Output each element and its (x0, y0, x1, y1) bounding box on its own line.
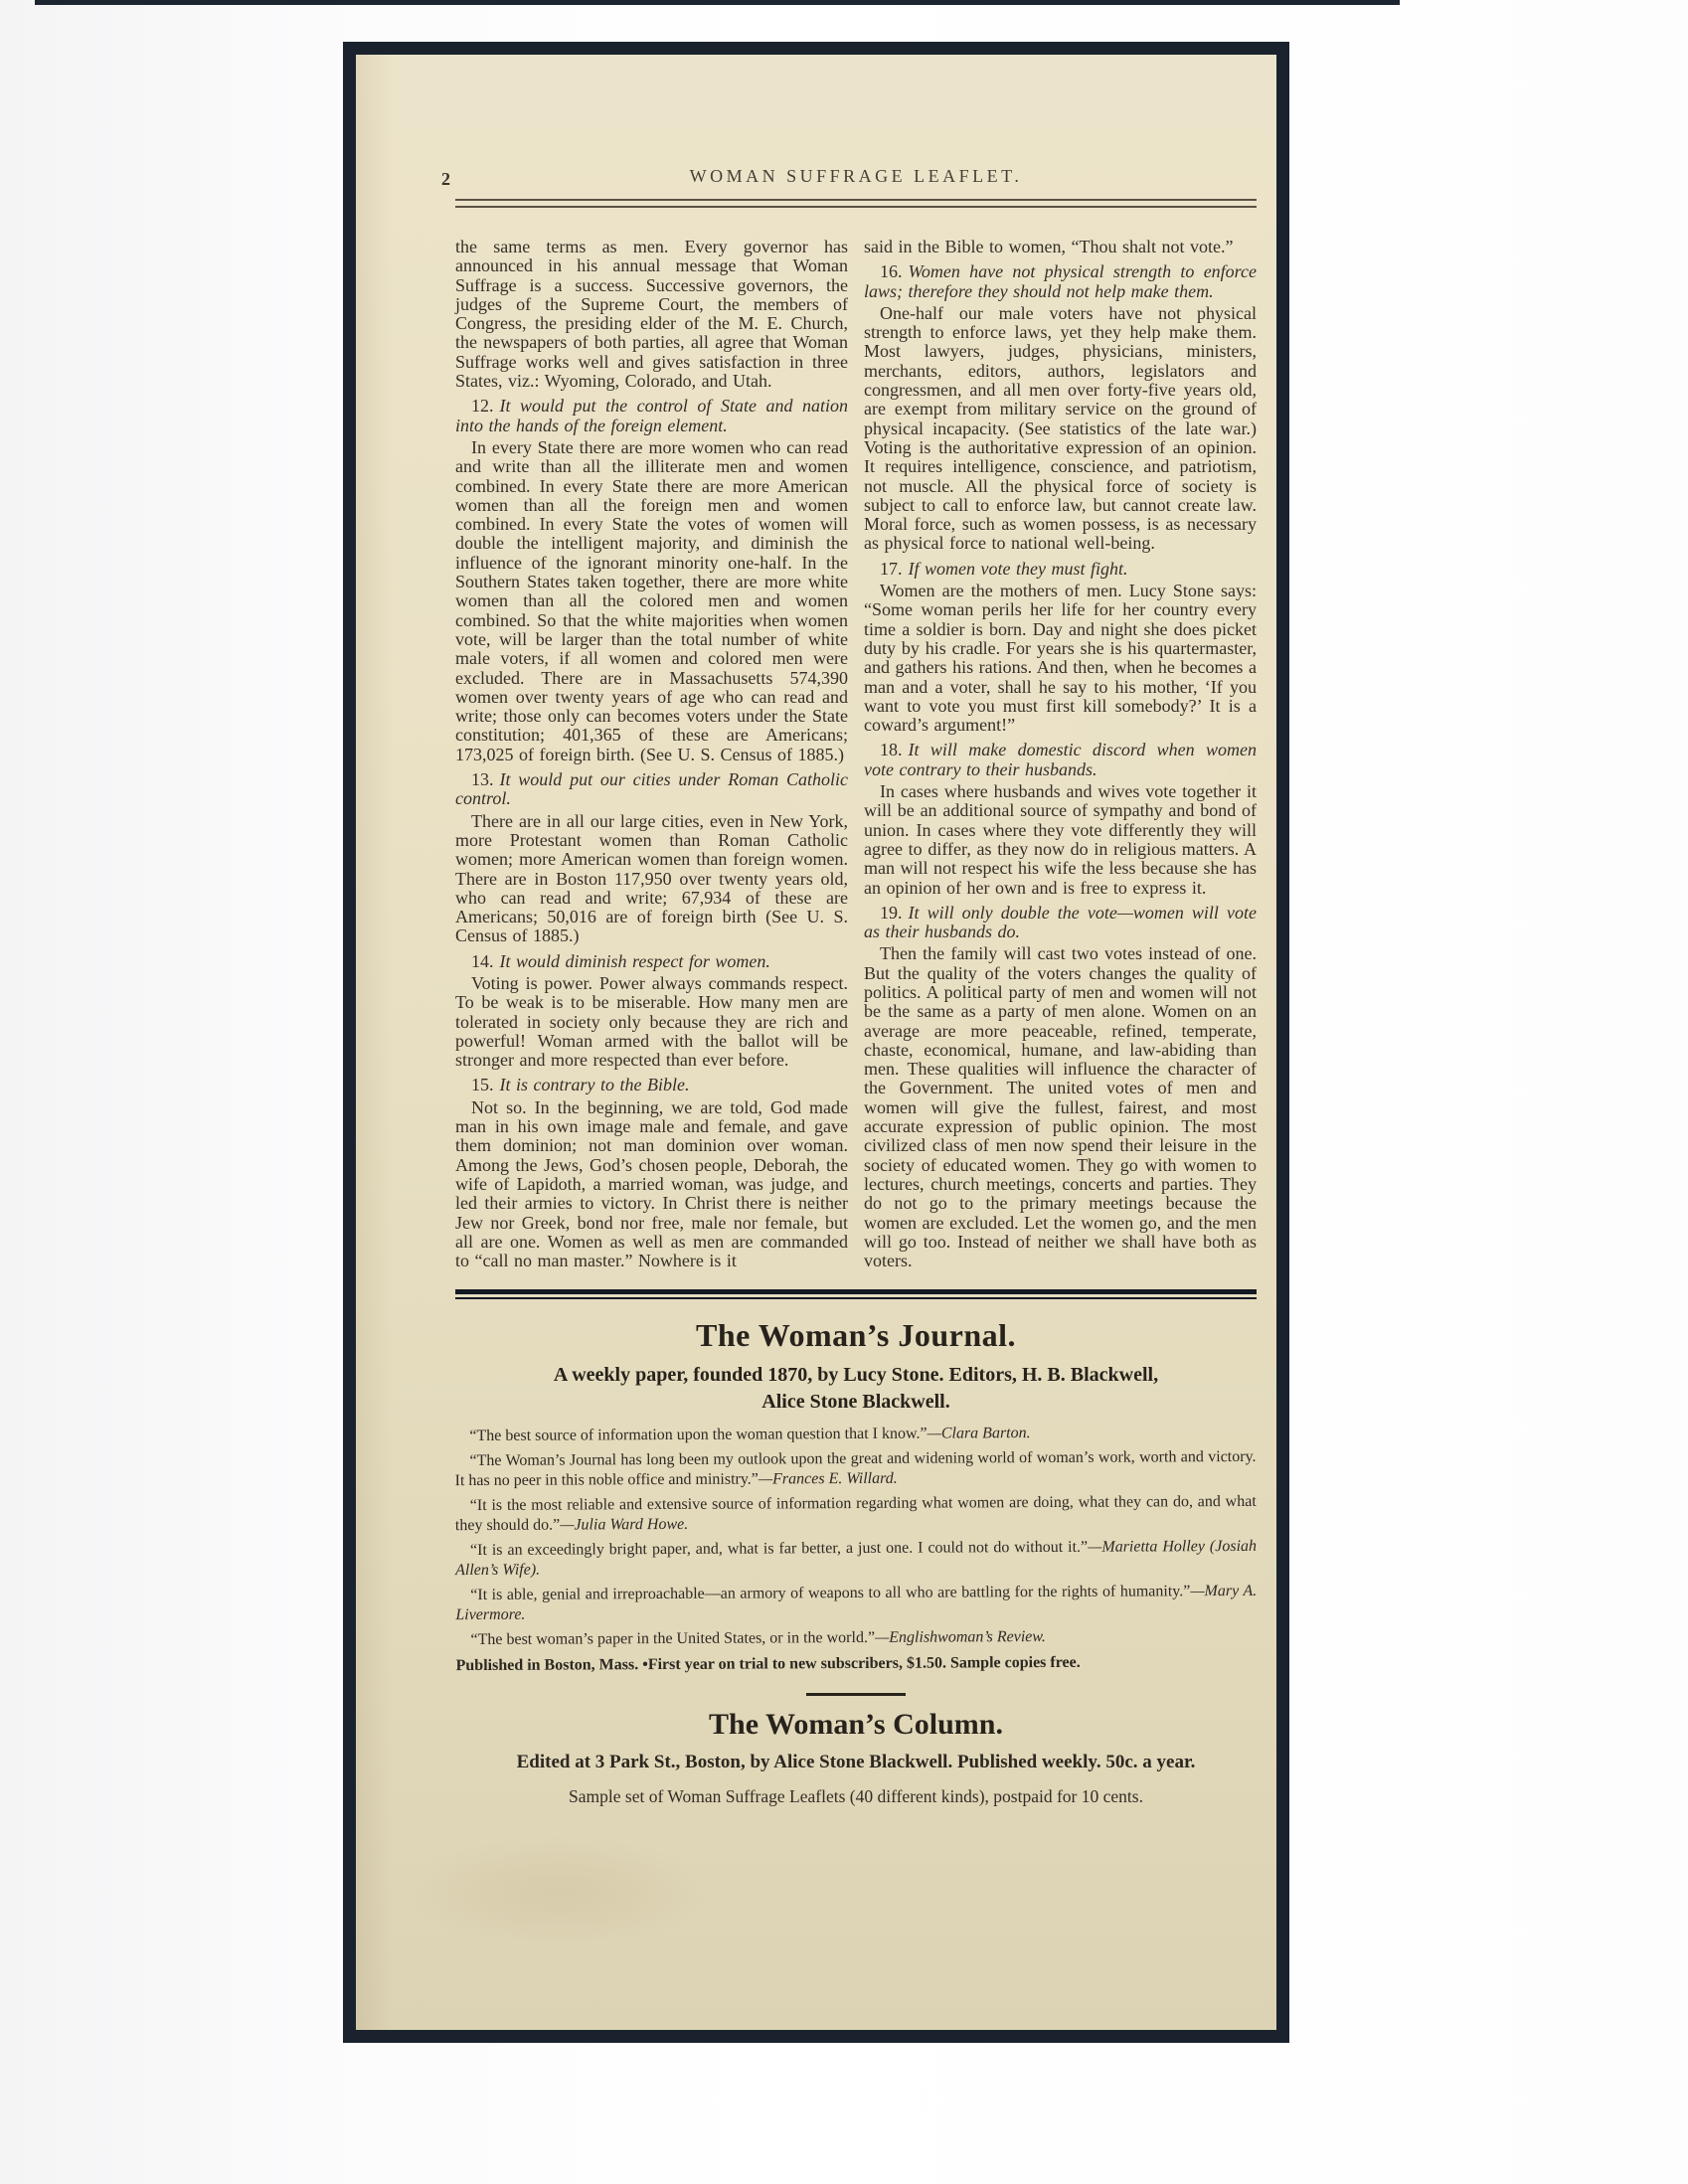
objection-14-heading: 14.It would diminish respect for women. (455, 952, 848, 971)
journal-heading: The Woman’s Journal. (455, 1317, 1257, 1354)
objection-title: It is contrary to the Bible. (500, 1075, 690, 1094)
testimonial-attribution: —Julia Ward Howe. (560, 1516, 688, 1534)
testimonial: “It is able, genial and irreproachable—a… (455, 1582, 1257, 1625)
testimonial-text: “The best source of information upon the… (469, 1426, 927, 1444)
scanned-document: 2 WOMAN SUFFRAGE LEAFLET. the same terms… (0, 0, 1688, 2184)
continued-paragraph: the same terms as men. Every governor ha… (455, 238, 848, 391)
objection-17-heading: 17.If women vote they must fight. (864, 560, 1257, 579)
testimonial-text: “It is able, genial and irreproachable—a… (470, 1584, 1190, 1604)
testimonial: “The best source of information upon the… (454, 1423, 1256, 1446)
objection-16-heading: 16.Women have not physical strength to e… (864, 262, 1257, 301)
paragraph: In every State there are more women who … (455, 438, 848, 764)
objection-title: It will make domestic discord when women… (864, 740, 1257, 778)
body-columns: the same terms as men. Every governor ha… (455, 238, 1257, 1273)
journal-testimonials: “The best source of information upon the… (454, 1423, 1257, 1675)
objection-number: 15. (471, 1075, 494, 1094)
testimonial-text: “The best woman’s paper in the United St… (470, 1629, 875, 1648)
objection-title: It would put our cities under Roman Cath… (455, 769, 848, 808)
section-divider-rule (455, 1289, 1257, 1299)
paragraph: Then the family will cast two votes inst… (864, 944, 1257, 1270)
objection-number: 16. (880, 261, 903, 281)
paragraph: There are in all our large cities, even … (455, 812, 848, 946)
paragraph: In cases where husbands and wives vote t… (864, 782, 1257, 898)
testimonial: “It is the most reliable and extensive s… (455, 1492, 1257, 1536)
continued-paragraph: said in the Bible to women, “Thou shalt … (864, 238, 1257, 256)
testimonial: “The best woman’s paper in the United St… (455, 1626, 1257, 1650)
objection-15-heading: 15.It is contrary to the Bible. (455, 1076, 848, 1094)
testimonial: “It is an exceedingly bright paper, and,… (455, 1537, 1257, 1581)
testimonial-attribution: —Clara Barton. (928, 1426, 1031, 1443)
testimonial: “The Woman’s Journal has long been my ou… (454, 1447, 1256, 1491)
objection-19-heading: 19.It will only double the vote—women wi… (864, 904, 1257, 942)
paragraph: Voting is power. Power always commands r… (455, 974, 848, 1070)
leaflet-page: 2 WOMAN SUFFRAGE LEAFLET. the same terms… (356, 55, 1276, 2030)
objection-18-heading: 18.It will make domestic discord when wo… (864, 741, 1257, 779)
objection-title: It would diminish respect for women. (500, 951, 770, 971)
objection-number: 17. (880, 559, 903, 579)
left-column: the same terms as men. Every governor ha… (455, 238, 848, 1273)
right-column: said in the Bible to women, “Thou shalt … (864, 238, 1257, 1273)
journal-subtitle-line2: Alice Stone Blackwell. (455, 1389, 1257, 1416)
objection-13-heading: 13.It would put our cities under Roman C… (455, 770, 848, 809)
column-section: The Woman’s Column. Edited at 3 Park St.… (455, 1708, 1257, 1807)
page-border-frame: 2 WOMAN SUFFRAGE LEAFLET. the same terms… (343, 42, 1289, 2043)
column-sample-line: Sample set of Woman Suffrage Leaflets (4… (455, 1786, 1257, 1807)
column-edited-line: Edited at 3 Park St., Boston, by Alice S… (455, 1752, 1257, 1773)
objection-number: 12. (471, 396, 494, 416)
objection-number: 13. (471, 769, 494, 789)
journal-subtitle-line1: A weekly paper, founded 1870, by Lucy St… (455, 1362, 1257, 1389)
journal-section: The Woman’s Journal. A weekly paper, fou… (455, 1317, 1257, 1673)
page-number: 2 (441, 169, 450, 190)
header-rule (455, 199, 1257, 208)
objection-title: Women have not physical strength to enfo… (864, 261, 1257, 300)
objection-title: It will only double the vote—women will … (864, 903, 1257, 941)
testimonial-attribution: —Frances E. Willard. (759, 1470, 898, 1488)
journal-published-line: Published in Boston, Mass. •First year o… (456, 1653, 1258, 1675)
objection-number: 18. (880, 740, 903, 759)
objection-number: 19. (880, 903, 903, 923)
column-heading: The Woman’s Column. (455, 1708, 1257, 1742)
paragraph: Women are the mothers of men. Lucy Stone… (864, 582, 1257, 735)
scan-edge-artifact (35, 0, 1400, 5)
page-title: WOMAN SUFFRAGE LEAFLET. (455, 166, 1257, 187)
paragraph: One-half our male voters have not physic… (864, 304, 1257, 554)
short-divider-rule (806, 1693, 906, 1696)
objection-title: It would put the control of State and na… (455, 396, 848, 434)
objection-title: If women vote they must fight. (909, 559, 1128, 579)
objection-number: 14. (471, 951, 494, 971)
testimonial-text: “It is an exceedingly bright paper, and,… (470, 1539, 1088, 1559)
testimonial-attribution: —Englishwoman’s Review. (875, 1628, 1046, 1646)
objection-12-heading: 12.It would put the control of State and… (455, 397, 848, 435)
paragraph: Not so. In the beginning, we are told, G… (455, 1098, 848, 1271)
page-header: 2 WOMAN SUFFRAGE LEAFLET. (455, 166, 1257, 192)
